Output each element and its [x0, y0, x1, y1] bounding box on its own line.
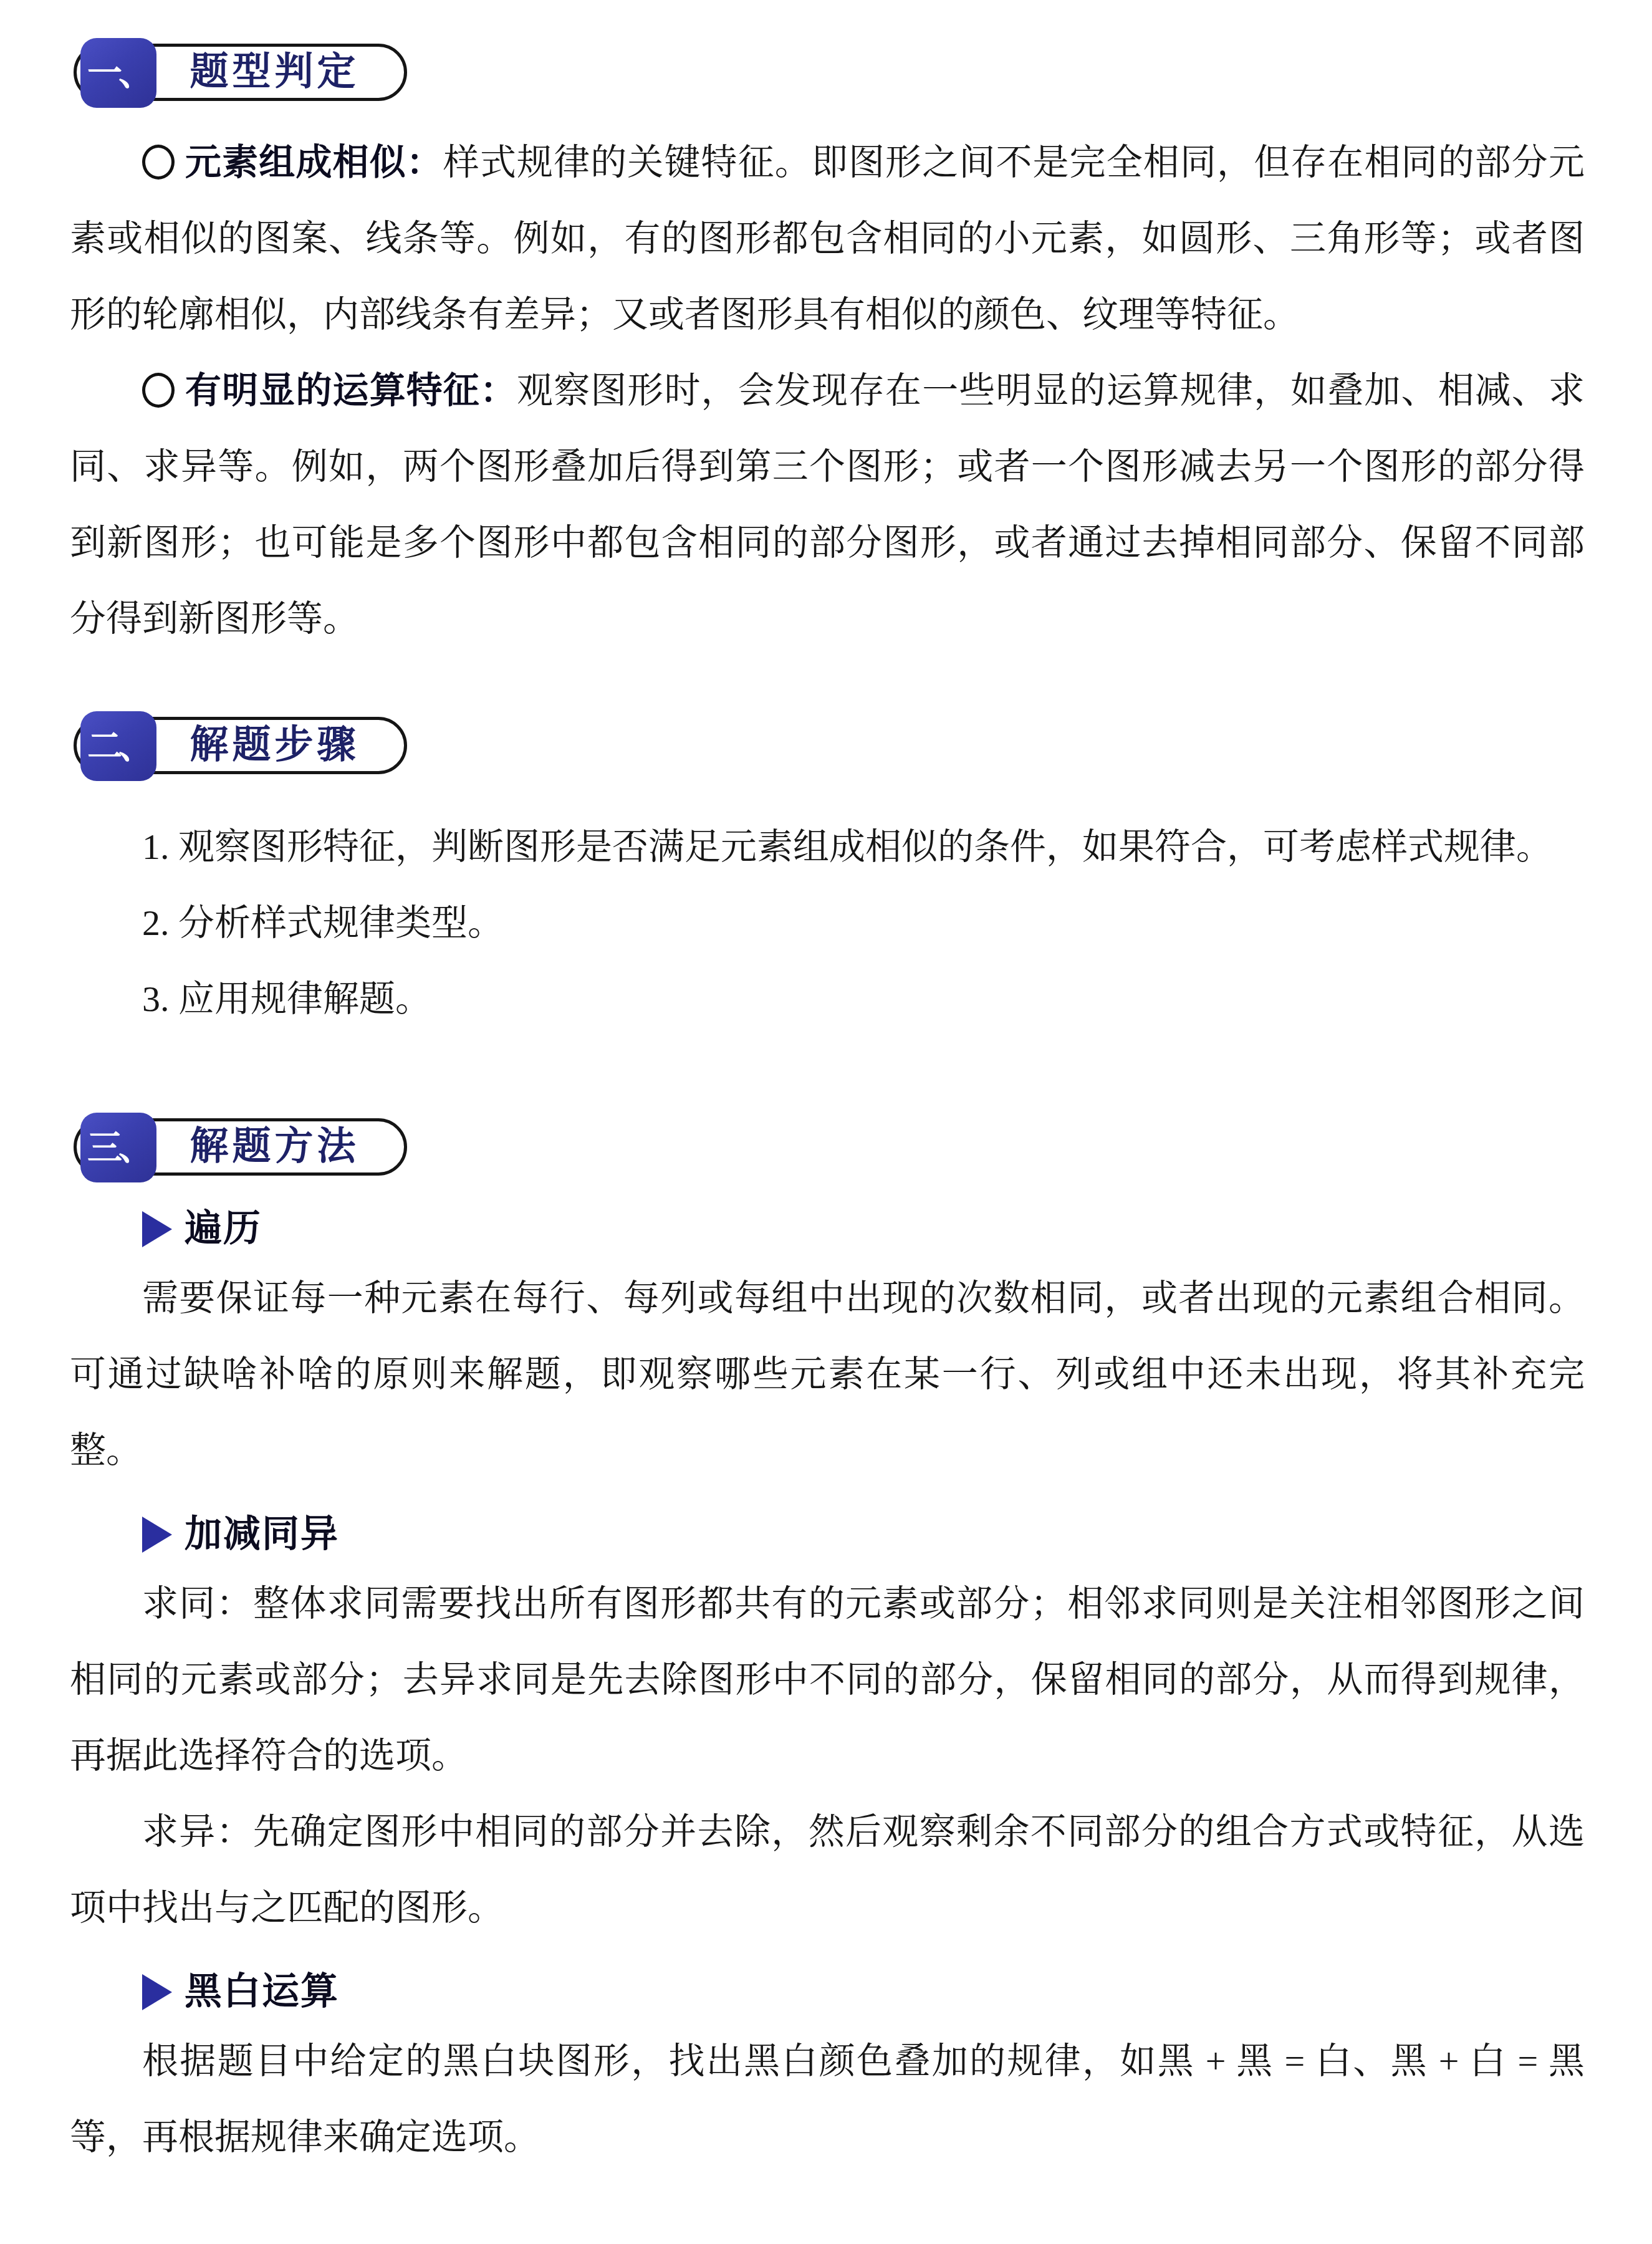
section-1-title: 题型判定	[164, 47, 385, 98]
method-paragraph: 根据题目中给定的黑白块图形，找出黑白颜色叠加的规律，如黑 + 黑 = 白、黑 +…	[70, 2023, 1585, 2175]
method-title-traverse: 遍历	[142, 1201, 1585, 1257]
method-paragraph: 求同：整体求同需要找出所有图形都共有的元素或部分；相邻求同则是关注相邻图形之间相…	[70, 1566, 1585, 1794]
section-1-badge: 一、 题型判定	[74, 44, 407, 101]
method-paragraph: 求异：先确定图形中相同的部分并去除，然后观察剩余不同部分的组合方式或特征，从选项…	[70, 1794, 1585, 1946]
method-title-text: 加减同异	[185, 1513, 339, 1555]
document-page: 一、 题型判定 元素组成相似：样式规律的关键特征。即图形之间不是完全相同，但存在…	[0, 0, 1652, 2244]
triangle-bullet-icon	[142, 1211, 172, 1247]
paragraph-lead: 有明显的运算特征：	[185, 370, 517, 411]
method-title-text: 遍历	[185, 1207, 262, 1249]
step-item-2: 2. 分析样式规律类型。	[70, 885, 1585, 961]
paragraph-lead: 元素组成相似：	[185, 142, 443, 183]
step-item-3: 3. 应用规律解题。	[70, 961, 1585, 1037]
step-item-1: 1. 观察图形特征，判断图形是否满足元素组成相似的条件，如果符合，可考虑样式规律…	[70, 809, 1585, 885]
section-2-title: 解题步骤	[164, 720, 385, 771]
method-title-add-subtract: 加减同异	[142, 1506, 1585, 1562]
triangle-bullet-icon	[142, 1517, 172, 1553]
paragraph-operation-feature: 有明显的运算特征：观察图形时，会发现存在一些明显的运算规律，如叠加、相减、求同、…	[70, 353, 1585, 657]
section-2-badge: 二、 解题步骤	[74, 717, 407, 774]
method-paragraph: 需要保证每一种元素在每行、每列或每组中出现的次数相同，或者出现的元素组合相同。可…	[70, 1260, 1585, 1489]
section-3-badge: 三、 解题方法	[74, 1118, 407, 1176]
circle-bullet-icon	[142, 145, 175, 180]
section-3-title: 解题方法	[164, 1121, 385, 1172]
circle-bullet-icon	[142, 373, 175, 408]
section-3-number-chip: 三、	[80, 1113, 156, 1182]
method-title-text: 黑白运算	[185, 1970, 339, 2012]
paragraph-element-similarity: 元素组成相似：样式规律的关键特征。即图形之间不是完全相同，但存在相同的部分元素或…	[70, 125, 1585, 353]
section-2-number-chip: 二、	[80, 711, 156, 781]
triangle-bullet-icon	[142, 1974, 172, 2010]
section-1-number-chip: 一、	[80, 38, 156, 108]
method-title-black-white: 黑白运算	[142, 1963, 1585, 2020]
